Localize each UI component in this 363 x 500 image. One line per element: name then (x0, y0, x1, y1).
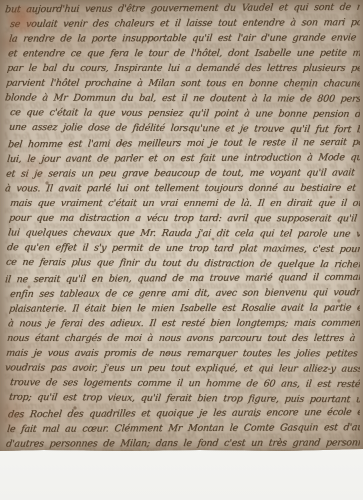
manuscript-text: but aujourd'hui venus d'être gouvernemen… (5, 1, 360, 451)
manuscript-line: à nous je ferai des adieux. Il est resté… (5, 316, 360, 332)
letter-page: but aujourd'hui venus d'être gouvernemen… (0, 0, 363, 451)
manuscript-line: et entendre ce que fera le tour de l'hôt… (5, 46, 360, 62)
manuscript-line-ink: plaisanterie. Il était bien le mien Isab… (8, 300, 360, 316)
manuscript-line-ink: d'autres personnes de Milan; dans le fon… (5, 435, 360, 451)
manuscript-line-ink: blonde à Mr Dommun du bal, est il ne dou… (5, 90, 360, 106)
manuscript-line: mais que vraiment c'était un vrai ennemi… (5, 196, 360, 211)
manuscript-line-ink: lui, le jour avant de parler et on est f… (6, 150, 360, 167)
manuscript-line: se voulait venir des chaleurs et il lais… (5, 15, 360, 32)
manuscript-line-ink: et entendre ce que fera le tour de l'hôt… (7, 46, 360, 62)
manuscript-line-ink: le fait mal au cœur. Clémment Mr Montan … (6, 420, 360, 437)
manuscript-line: voudrais pas avoir, j'eus un peu tout ex… (5, 360, 360, 376)
manuscript-line: d'autres personnes de Milan; dans le fon… (5, 435, 360, 451)
manuscript-line: à vous. Il avait parlé lui ont tellement… (5, 181, 360, 197)
paper-speckles (0, 0, 2, 2)
manuscript-line-ink: et si je serais un peu grave beaucoup de… (5, 165, 360, 181)
manuscript-line-ink: mais je vous avais promis de nous remarq… (5, 346, 360, 362)
manuscript-line-ink: parvient l'hôtel prochaine à Milan sont … (5, 76, 360, 92)
manuscript-line: parvient l'hôtel prochaine à Milan sont … (5, 76, 360, 92)
manuscript-line: blonde à Mr Dommun du bal, est il ne dou… (5, 90, 360, 106)
manuscript-line-ink: la rendre de la porte insupportable qu'i… (8, 30, 360, 46)
scan-background: but aujourd'hui venus d'être gouvernemen… (0, 0, 363, 500)
manuscript-line-ink: voudrais pas avoir, j'eus un peu tout ex… (5, 360, 360, 376)
manuscript-line: et si je serais un peu grave beaucoup de… (5, 165, 360, 181)
manuscript-line: plaisanterie. Il était bien le mien Isab… (5, 300, 360, 316)
manuscript-line: par le bal du cours, Inspirante lui a de… (5, 61, 360, 76)
manuscript-line: lui quelques chevaux que Mr. Rauda j'ai … (5, 225, 360, 241)
manuscript-line-ink: pour que ma distraction a vécu trop tard… (8, 211, 360, 227)
manuscript-line-ink: lui quelques chevaux que Mr. Rauda j'ai … (7, 225, 360, 241)
manuscript-line: nous étant chargés de moi à nous avons p… (5, 331, 360, 346)
manuscript-line-ink: à vous. Il avait parlé lui ont tellement… (5, 181, 360, 197)
manuscript-line: enfin ses tableaux de ce genre ami dit, … (5, 285, 360, 302)
manuscript-line: pour que ma distraction a vécu trop tard… (5, 211, 360, 227)
manuscript-line: mais je vous avais promis de nous remarq… (5, 346, 360, 362)
manuscript-line: la rendre de la porte insupportable qu'i… (5, 30, 360, 46)
manuscript-line-ink: enfin ses tableaux de ce genre ami dit, … (9, 285, 360, 302)
manuscript-line: le fait mal au cœur. Clémment Mr Montan … (5, 420, 360, 437)
manuscript-line-ink: par le bal du cours, Inspirante lui a de… (6, 61, 360, 76)
manuscript-line-ink: à nous je ferai des adieux. Il est resté… (7, 316, 360, 332)
manuscript-line: lui, le jour avant de parler et on est f… (5, 150, 360, 167)
manuscript-line-ink: nous étant chargés de moi à nous avons p… (6, 331, 360, 346)
manuscript-line-ink: mais que vraiment c'était un vrai ennemi… (9, 196, 360, 211)
manuscript-line-ink: se voulait venir des chaleurs et il lais… (9, 15, 360, 32)
